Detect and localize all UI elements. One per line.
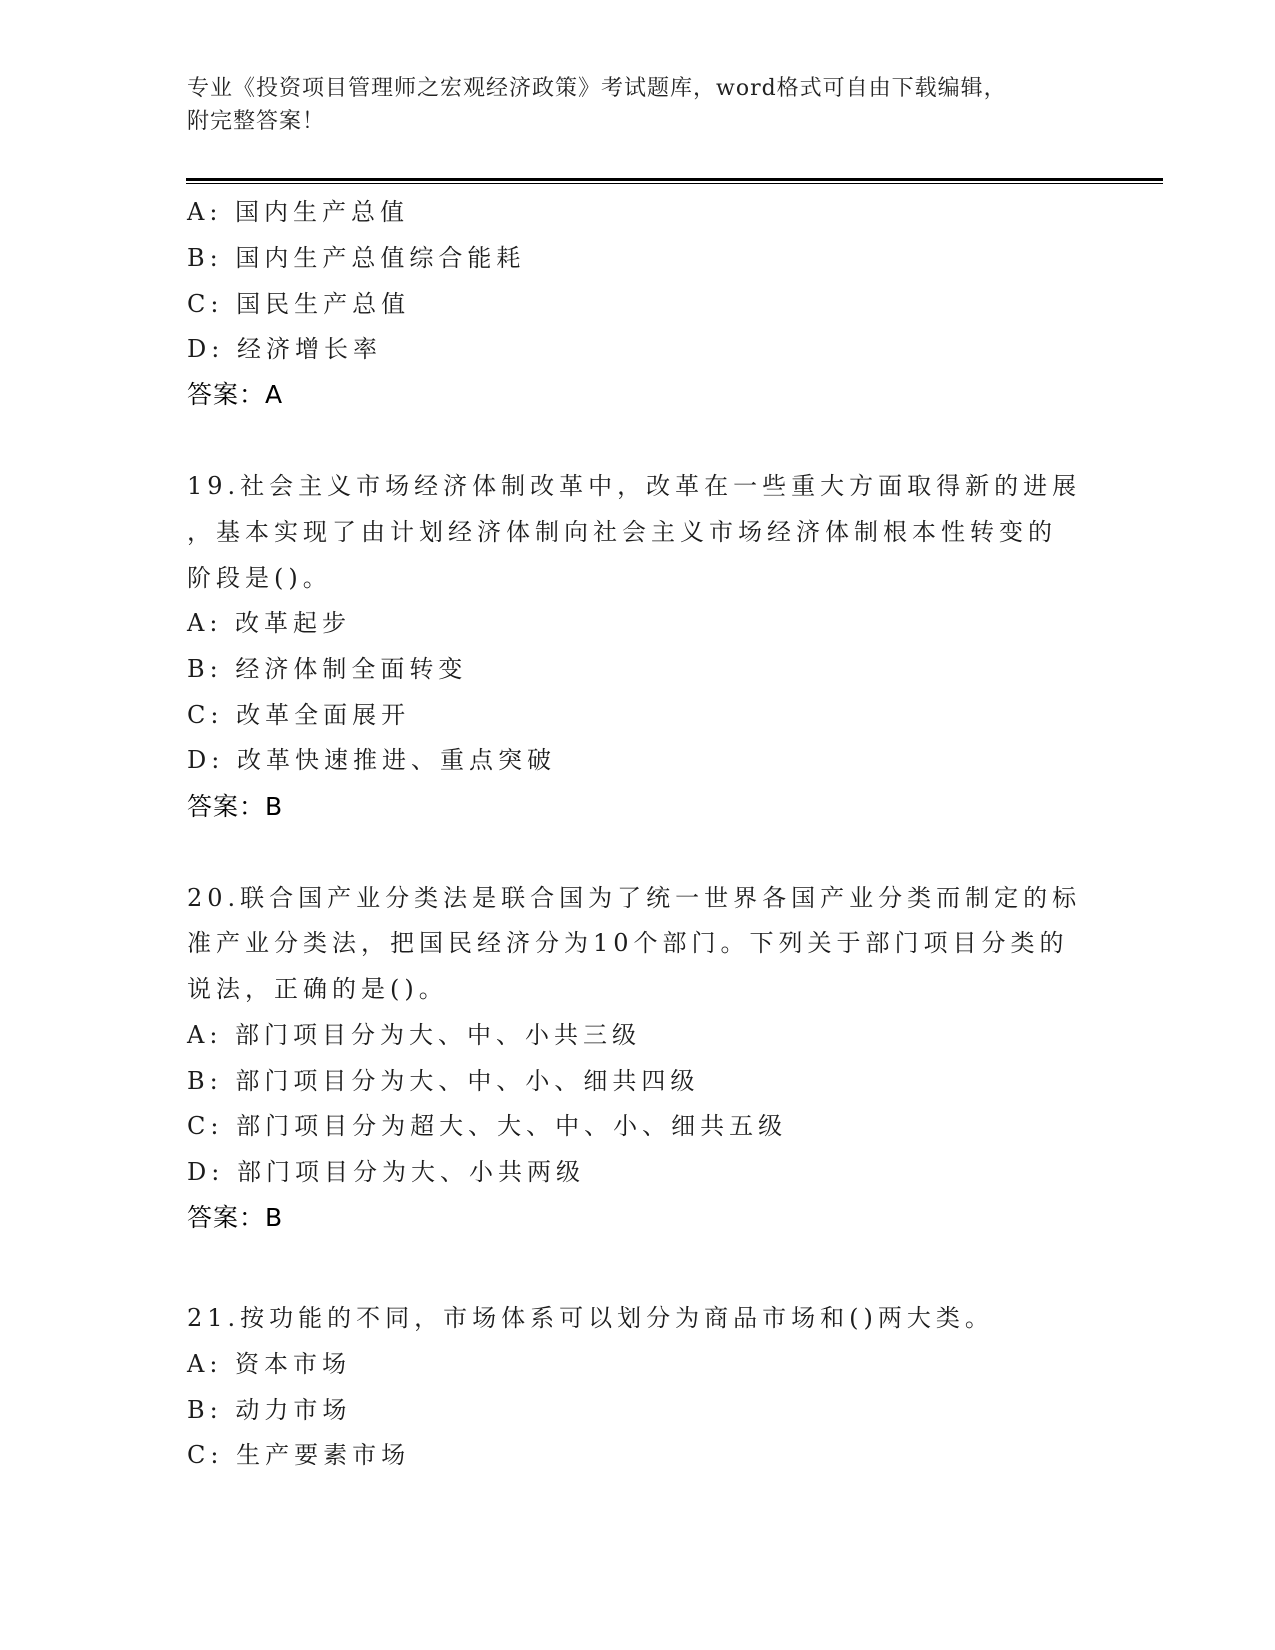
option-b: B: 国内生产总值综合能耗	[187, 243, 525, 273]
option-a: A: 资本市场	[187, 1349, 351, 1379]
header-line-2: 附完整答案！	[187, 105, 1087, 138]
option-b: B: 动力市场	[187, 1395, 351, 1425]
option-a: A: 部门项目分为大、中、小共三级	[187, 1020, 641, 1050]
option-d: D: 改革快速推进、重点突破	[187, 745, 556, 775]
answer: 答案：A	[187, 380, 283, 410]
option-c: C: 生产要素市场	[187, 1440, 410, 1470]
header-line-1: 专业《投资项目管理师之宏观经济政策》考试题库，word格式可自由下载编辑，	[187, 72, 1087, 105]
rule-thick	[186, 178, 1163, 181]
document-header: 专业《投资项目管理师之宏观经济政策》考试题库，word格式可自由下载编辑， 附完…	[187, 72, 1087, 138]
option-a: A: 国内生产总值	[187, 197, 409, 227]
option-c: C: 部门项目分为超大、大、中、小、细共五级	[187, 1111, 787, 1141]
question-stem-line: ，基本实现了由计划经济体制向社会主义市场经济体制根本性转变的	[187, 517, 1057, 547]
question-stem-line: 21.按功能的不同，市场体系可以划分为商品市场和()两大类。	[187, 1303, 994, 1333]
question-stem-line: 20.联合国产业分类法是联合国为了统一世界各国产业分类而制定的标	[187, 883, 1081, 913]
answer: 答案：B	[187, 1203, 283, 1233]
question-stem-line: 阶段是()。	[187, 563, 332, 593]
option-c: C: 国民生产总值	[187, 289, 410, 319]
answer: 答案：B	[187, 792, 283, 822]
option-b: B: 经济体制全面转变	[187, 654, 467, 684]
rule-thin	[186, 183, 1163, 184]
option-c: C: 改革全面展开	[187, 700, 410, 730]
question-stem-line: 19.社会主义市场经济体制改革中，改革在一些重大方面取得新的进展	[187, 471, 1081, 501]
header-double-rule	[186, 178, 1163, 184]
option-a: A: 改革起步	[187, 608, 351, 638]
option-b: B: 部门项目分为大、中、小、细共四级	[187, 1066, 699, 1096]
question-stem-line: 说法，正确的是()。	[187, 974, 448, 1004]
question-stem-line: 准产业分类法，把国民经济分为10个部门。下列关于部门项目分类的	[187, 928, 1069, 958]
option-d: D: 部门项目分为大、小共两级	[187, 1157, 585, 1187]
option-d: D: 经济增长率	[187, 334, 382, 364]
